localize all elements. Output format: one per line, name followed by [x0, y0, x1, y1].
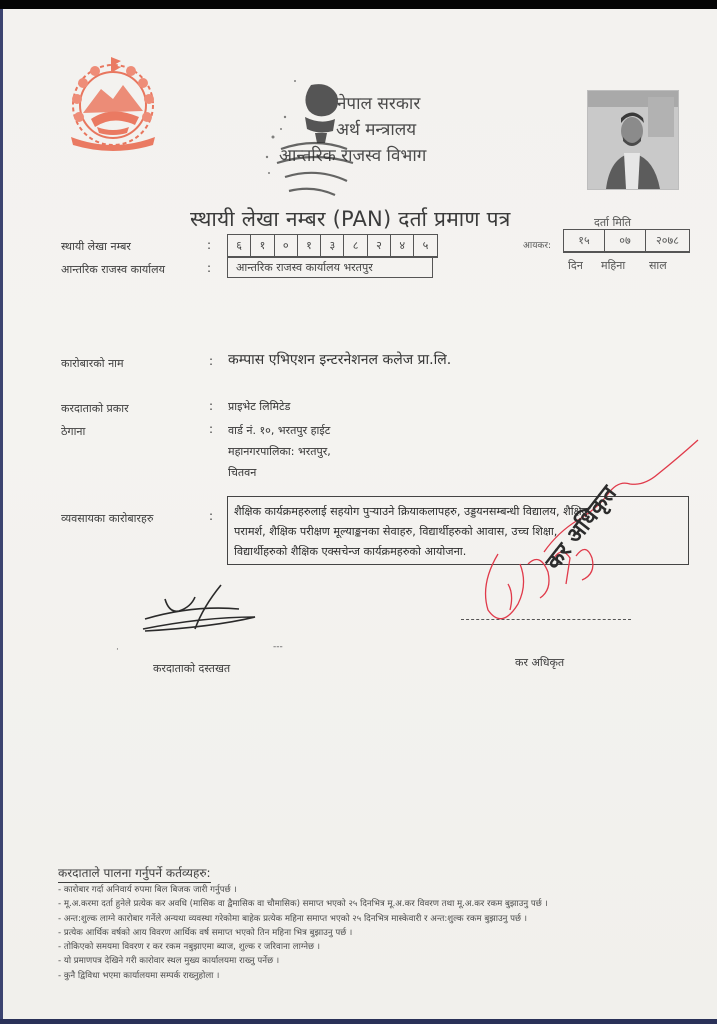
pan-digit: ०: [275, 235, 298, 256]
date-month-label: महिना: [601, 258, 625, 273]
address-line-3: चितवन: [228, 465, 256, 480]
duty-item: - प्रत्येक आर्थिक वर्षको आय विवरण आर्थिक…: [58, 926, 548, 940]
office-colon: :: [207, 261, 211, 275]
date-year: २०७८: [646, 230, 689, 251]
date-day-label: दिन: [568, 258, 583, 273]
pan-digit: २: [368, 235, 391, 256]
pan-number-boxes: ६१०१३८२४५: [227, 234, 438, 258]
signature-dash: ---: [273, 642, 283, 652]
taxpayer-signature-icon: [133, 579, 263, 639]
applicant-photo: [587, 90, 679, 190]
duty-item: - मू.अ.करमा दर्ता हुनेले प्रत्येक कर अवध…: [58, 897, 548, 911]
date-day: १५: [564, 230, 605, 251]
officer-signature-label: कर अधिकृत: [515, 655, 564, 670]
address-label: ठेगाना: [61, 424, 85, 439]
pan-digit: ४: [391, 235, 414, 256]
duty-item: - अन्त:शुल्क लाग्ने कारोबार गर्नेले अन्य…: [58, 912, 548, 926]
pan-digit: ६: [228, 235, 251, 256]
duty-item: - कुनै द्विविधा भएमा कार्यालयमा सम्पर्क …: [58, 969, 548, 983]
address-colon: :: [209, 422, 213, 436]
certificate-page: नेपाल सरकार अर्थ मन्त्रालय आन्तरिक राजस्…: [3, 9, 717, 1019]
taxpayer-type-colon: :: [209, 399, 213, 413]
office-label: आन्तरिक राजस्व कार्यालय: [61, 262, 165, 277]
pan-digit: १: [251, 235, 274, 256]
office-stamp-icon: [255, 77, 375, 207]
pan-digit: ३: [321, 235, 344, 256]
taxpayer-type-label: करदाताको प्रकार: [61, 401, 129, 416]
registration-date-boxes: १५ ०७ २०७८: [563, 229, 690, 253]
pan-digit: १: [298, 235, 321, 256]
nepal-government-emblem-icon: [61, 53, 165, 157]
business-activities-label: व्यवसायका कारोबारहरु: [61, 511, 153, 526]
business-name-value: कम्पास एभिएशन इन्टरनेशनल कलेज प्रा.लि.: [228, 350, 451, 369]
pan-digit: ८: [344, 235, 367, 256]
address-line-2: महानगरपालिका: भरतपुर,: [228, 444, 331, 459]
certificate-title: स्थायी लेखा नम्बर (PAN) दर्ता प्रमाण पत्…: [190, 205, 511, 233]
business-activities-colon: :: [209, 509, 213, 523]
person-photo-icon: [588, 91, 678, 189]
officer-signature-icon: [458, 434, 708, 664]
office-value: आन्तरिक राजस्व कार्यालय भरतपुर: [227, 257, 433, 278]
scan-top-border: [0, 0, 717, 9]
address-line-1: वार्ड नं. १०, भरतपुर हाईट: [228, 423, 330, 438]
business-name-label: कारोबारको नाम: [61, 356, 124, 371]
duty-item: - तोकिएको समयमा विवरण र कर रकम नबुझाएमा …: [58, 940, 548, 954]
pan-colon: :: [207, 238, 211, 252]
pan-label: स्थायी लेखा नम्बर: [61, 239, 131, 254]
date-year-label: साल: [649, 258, 667, 273]
business-name-colon: :: [209, 354, 213, 368]
signature-dot: ·: [116, 645, 119, 655]
taxpayer-duties-list: - कारोबार गर्दा अनिवार्य रुपमा बिल बिजक …: [58, 883, 548, 983]
taxpayer-type-value: प्राइभेट लिमिटेड: [228, 399, 290, 414]
pan-digit: ५: [414, 235, 436, 256]
scan-bottom-border: [0, 1019, 717, 1024]
taxpayer-duties-title: करदाताले पालना गर्नुपर्ने कर्तव्यहरु:: [58, 864, 211, 883]
duty-item: - यो प्रमाणपत्र देखिने गरी कारोवार स्थल …: [58, 954, 548, 968]
date-month: ०७: [605, 230, 646, 251]
duty-item: - कारोबार गर्दा अनिवार्य रुपमा बिल बिजक …: [58, 883, 548, 897]
tax-type-label: आयकर:: [523, 238, 551, 251]
registration-date-title: दर्ता मिति: [594, 215, 631, 230]
office-value-text: आन्तरिक राजस्व कार्यालय भरतपुर: [236, 260, 373, 275]
taxpayer-signature-label: करदाताको दस्तखत: [153, 661, 230, 676]
